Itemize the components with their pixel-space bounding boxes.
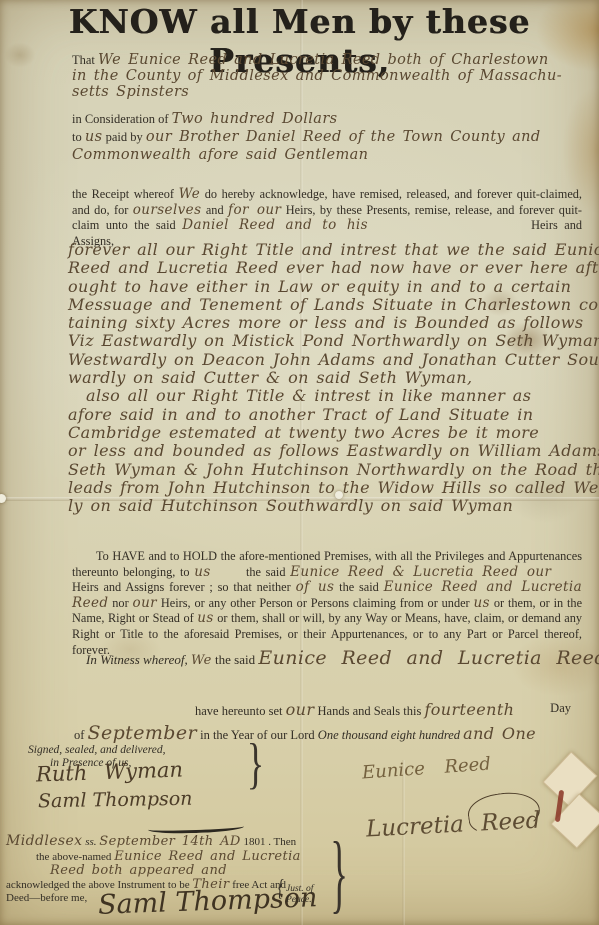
handwritten-us-1: us [194,564,210,580]
consideration-line2: to us paid by our Brother Daniel Reed of… [72,128,584,146]
ink-flourish [148,821,244,834]
fold-crease-vertical-lower [402,760,405,925]
acknowledgment-line2: the above-named Eunice Reed and Lucretia [6,850,340,865]
description-line: wardly on said Cutter & on said Seth Wym… [68,369,584,387]
handwritten-fourteenth: fourteenth [424,700,514,719]
printed-that: That [72,53,95,67]
printed-to: to [72,130,82,144]
description-line: Messuage and Tenement of Lands Situate i… [68,296,584,314]
witness-clause: In Witness whereof, We the said Eunice R… [86,647,586,669]
handwritten-we: We [179,186,201,202]
attestation-line1: Signed, sealed, and delivered, [28,744,188,757]
handwritten-for-our: for our [228,202,281,218]
printed-nor: nor [112,596,128,610]
seal-brace: } [247,736,264,792]
printed-the-said-2: the said [339,580,379,594]
handwritten-grantee: Daniel Reed and to his [182,217,368,233]
handwritten-and-one: and One [463,724,536,743]
printed-the-said-3: the said [215,652,255,667]
justice-line1: Just. of [286,884,313,895]
description-line: or less and bounded as follows Eastwardl… [68,442,584,460]
handwritten-we-2: We [191,653,212,668]
printed-year: 1801 . [243,836,271,848]
printed-habendum-3: Heirs, or any other Person or Persons cl… [161,596,470,610]
description-line: afore said in and to another Tract of La… [68,406,584,424]
signature-eunice-reed: Eunice Reed [361,754,491,784]
land-description: forever all our Right Title and intrest … [68,241,584,515]
handwritten-payer-line2: Commonwealth afore said Gentleman [72,146,584,164]
opening-clause: That We Eunice Reed and Lucretia Reed bo… [72,52,584,100]
justice-brace: { [278,884,284,895]
signature-saml-thompson-witness: Saml Thompson [38,788,193,813]
handwritten-parties-line2: in the County of Middlesex and Commonwea… [72,68,584,84]
handwritten-county: Middlesex [6,833,82,849]
handwritten-us: us [85,129,103,145]
signature-lucretia-reed: Lucretia Reed [365,807,541,842]
description-line: Reed and Lucretia Reed ever had now have… [68,259,584,277]
description-line: Westwardly on Deacon John Adams and Jona… [68,351,584,369]
printed-in-witness: In Witness whereof, [86,652,188,667]
printed-then: Then [274,836,297,848]
handwritten-us-2: us [474,595,490,611]
handwritten-ack-names1: Eunice Reed and Lucretia [114,849,301,864]
printed-receipt-1: the Receipt whereof [72,187,174,201]
printed-exec-1: have hereunto set [195,704,282,718]
signature-saml-thompson-justice: Saml Thompson [98,882,318,921]
handwritten-ack-names2: Reed both appeared and [6,864,340,878]
printed-ss: ss. [85,836,96,848]
handwritten-grantees-1: Eunice Reed & Lucretia Reed our [290,564,551,580]
printed-receipt-3: and [206,203,224,217]
description-line: leads from John Hutchinson to the Widow … [68,479,584,497]
signature-ruth-wyman: Ruth Wyman [36,757,184,786]
description-line: Seth Wyman & John Hutchinson Northwardly… [68,461,584,479]
printed-the-said-1: the said [246,565,286,579]
description-line: ought to have either in Law or equity in… [68,278,584,296]
handwritten-ack-date: September 14th AD [99,834,240,849]
handwritten-our-2: our [286,700,315,719]
handwritten-ourselves: ourselves [133,202,202,218]
handwritten-us-3: us [197,610,213,626]
handwritten-signers: Eunice Reed and Lucretia Reed [258,647,599,669]
printed-habendum-2: Heirs and Assigns forever ; so that neit… [72,580,291,594]
description-line: Cambridge estemated at twenty two Acres … [68,424,584,442]
acknowledgment-line1: Middlesex ss. September 14th AD 1801 . T… [6,835,340,850]
description-line: also all our Right Title & intrest in li… [68,387,584,405]
wafer-seal-1 [543,751,598,806]
handwritten-september: September [88,722,197,744]
execution-line2: of September in the Year of our Lord One… [74,722,579,744]
justice-of-peace-label: { Just. of Peace. [286,884,313,905]
handwritten-parties-line3: setts Spinsters [72,84,584,100]
acknowledgment-brace: } [330,832,348,916]
fold-hole-left [0,494,6,503]
habendum-clause: To HAVE and to HOLD the afore-mentioned … [72,549,582,658]
description-line: Viz Eastwardly on Mistick Pond Northward… [68,332,584,350]
handwritten-payer-line1: our Brother Daniel Reed of the Town Coun… [146,129,541,145]
execution-line1: have hereunto set our Hands and Seals th… [195,700,571,719]
printed-of: of [74,728,84,742]
consideration-line1: in Consideration of Two hundred Dollars [72,110,584,128]
justice-line2: Peace. [286,895,313,906]
handwritten-our: our [133,595,157,611]
printed-day: Day [550,701,571,716]
description-line: forever all our Right Title and intrest … [68,241,584,259]
printed-consideration-label: in Consideration of [72,112,169,126]
printed-exec-2: Hands and Seals this [318,704,422,718]
handwritten-parties-line1: We Eunice Reed and Lucretia Reed both of… [98,52,549,68]
printed-paid-by: paid by [106,130,143,144]
printed-above-named: the above-named [36,851,111,863]
handwritten-amount: Two hundred Dollars [172,111,338,127]
description-line: taining sixty Acres more or less and is … [68,314,584,332]
description-line: ly on said Hutchinson Southwardly on sai… [68,497,584,515]
handwritten-of-us: of us [296,579,335,595]
consideration-clause: in Consideration of Two hundred Dollars … [72,110,584,164]
printed-one-thousand: One thousand eight hundred [318,728,460,742]
deed-document: KNOW all Men by these Presents, That We … [0,0,599,925]
